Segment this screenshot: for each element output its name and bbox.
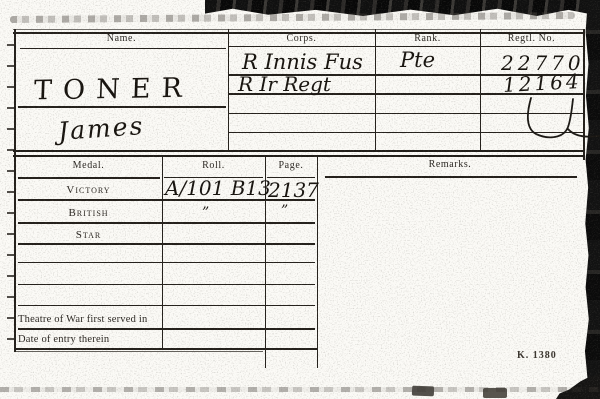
grid-line	[18, 284, 315, 285]
grid-line	[18, 222, 315, 224]
regtl-no-column-header: Regtl. No.	[480, 33, 583, 44]
roll-column-header: Roll.	[162, 160, 265, 171]
scan-blot	[483, 388, 507, 398]
medal-index-card-scan: Name. Corps. Rank. Regtl. No. Medal. Rol…	[0, 0, 600, 399]
page-column-header: Page.	[265, 160, 317, 171]
grid-line	[18, 262, 315, 263]
medal-row-british: British	[15, 207, 162, 219]
grid-line	[13, 29, 585, 30]
corps-column-header: Corps.	[228, 33, 375, 44]
page-entry: 2137	[268, 180, 319, 200]
scan-bottom-streak	[0, 387, 600, 392]
theatre-of-war-label: Theatre of War first served in	[18, 314, 147, 325]
page-ditto-mark: ”	[281, 204, 288, 218]
corps-entry: R Innis Fus	[242, 52, 363, 73]
scan-right-dark-edge	[584, 0, 600, 399]
surname-entry: TONER	[33, 75, 193, 105]
grid-line	[15, 351, 263, 352]
grid-line	[162, 157, 163, 350]
pen-squiggle-mark	[505, 92, 600, 144]
name-column-header: Name.	[15, 33, 228, 44]
grid-line	[15, 348, 317, 350]
medal-column-header: Medal.	[15, 160, 162, 171]
grid-line	[18, 305, 315, 306]
form-number: K. 1380	[517, 350, 557, 361]
scan-blot	[412, 386, 434, 397]
grid-line	[18, 177, 160, 179]
grid-line	[228, 46, 583, 47]
rank-entry: Pte	[400, 50, 435, 71]
grid-line	[20, 48, 226, 49]
medal-row-star: Star	[15, 229, 162, 241]
section-divider-line	[13, 150, 585, 157]
scan-top-streak	[10, 12, 575, 23]
forename-entry: James	[57, 113, 145, 144]
grid-line	[18, 328, 315, 330]
corps-entry: R Ir Regt	[238, 74, 331, 94]
remarks-header: Remarks.	[317, 159, 583, 170]
medal-row-victory: Victory	[15, 184, 162, 196]
grid-line	[325, 176, 577, 178]
roll-entry: A/101 B13	[165, 178, 271, 198]
grid-line	[18, 106, 226, 108]
roll-ditto-mark: ”	[202, 206, 209, 220]
grid-line	[18, 243, 315, 245]
rank-column-header: Rank.	[375, 33, 480, 44]
date-of-entry-label: Date of entry therein	[18, 334, 109, 345]
